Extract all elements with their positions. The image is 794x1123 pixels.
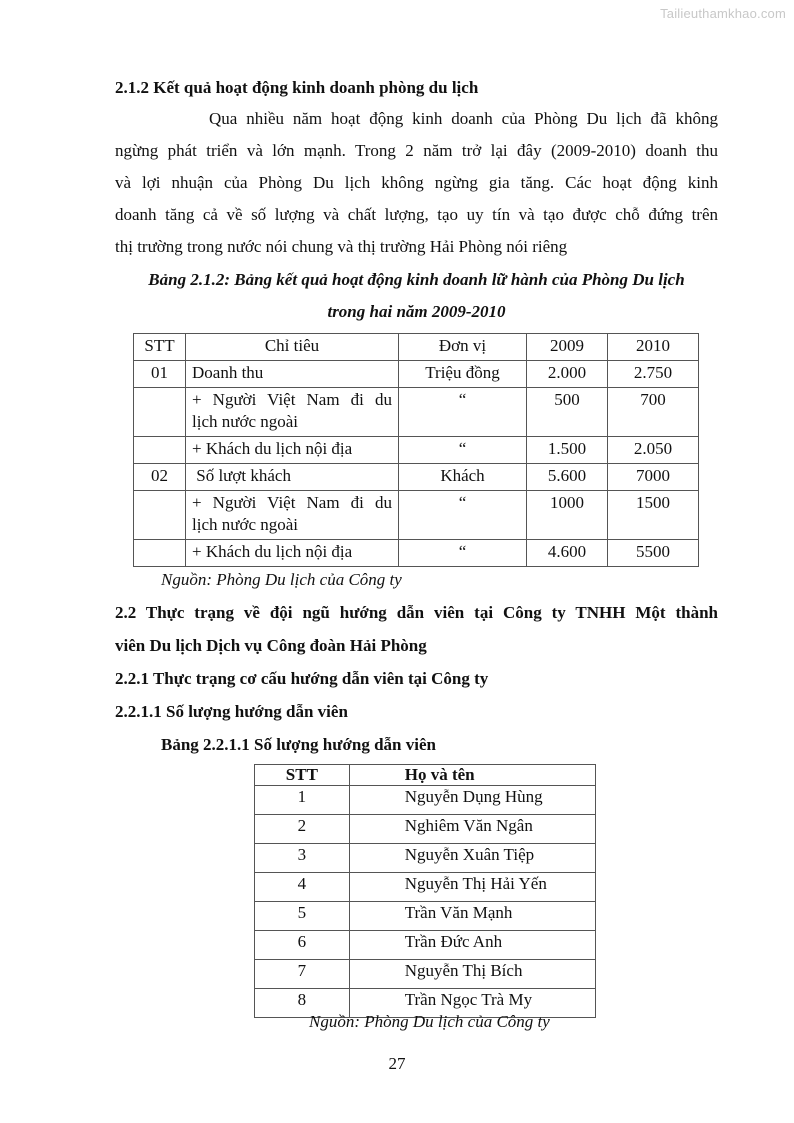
- cell-stt: 01: [134, 361, 186, 388]
- intro-paragraph: Qua nhiều năm hoạt động kinh doanh của P…: [115, 103, 718, 263]
- cell-stt: 3: [255, 844, 350, 873]
- paragraph-line: và lợi nhuận của Phòng Du lịch không ngừ…: [115, 167, 718, 199]
- cell-2010: 7000: [608, 464, 699, 491]
- table-row: + Người Việt Nam đi du lịch nước ngoài “…: [134, 491, 699, 540]
- table1-caption-line2: trong hai năm 2009-2010: [115, 296, 718, 328]
- table-row: 5 Trần Văn Mạnh: [255, 902, 596, 931]
- cell-stt: [134, 388, 186, 437]
- table-row: 4 Nguyễn Thị Hải Yến: [255, 873, 596, 902]
- cell-item: + Khách du lịch nội địa: [186, 437, 399, 464]
- cell-name: Nghiêm Văn Ngân: [349, 815, 595, 844]
- cell-name: Nguyễn Dụng Hùng: [349, 786, 595, 815]
- header-stt: STT: [255, 765, 350, 786]
- cell-stt: 4: [255, 873, 350, 902]
- cell-unit: “: [399, 388, 527, 437]
- section-heading-2-2-1: 2.2.1 Thực trạng cơ cấu hướng dẫn viên t…: [115, 669, 488, 689]
- cell-item-line2: lịch nước ngoài: [192, 515, 298, 534]
- table-row: + Người Việt Nam đi du lịch nước ngoài “…: [134, 388, 699, 437]
- cell-2010: 5500: [608, 540, 699, 567]
- cell-stt: 7: [255, 960, 350, 989]
- cell-2010: 700: [608, 388, 699, 437]
- cell-stt: 02: [134, 464, 186, 491]
- watermark: Tailieuthamkhao.com: [660, 6, 786, 21]
- cell-stt: 1: [255, 786, 350, 815]
- cell-stt: [134, 491, 186, 540]
- table2-source: Nguồn: Phòng Du lịch của Công ty: [309, 1012, 550, 1032]
- cell-item: + Người Việt Nam đi du lịch nước ngoài: [186, 388, 399, 437]
- header-2009: 2009: [527, 334, 608, 361]
- table-row: 3 Nguyễn Xuân Tiệp: [255, 844, 596, 873]
- header-stt: STT: [134, 334, 186, 361]
- table-row: + Khách du lịch nội địa “ 4.600 5500: [134, 540, 699, 567]
- cell-name: Nguyễn Thị Hải Yến: [349, 873, 595, 902]
- cell-name: Nguyễn Xuân Tiệp: [349, 844, 595, 873]
- header-2010: 2010: [608, 334, 699, 361]
- business-results-table: STT Chỉ tiêu Đơn vị 2009 2010 01 Doanh t…: [133, 333, 699, 567]
- table-row: 02 Số lượt khách Khách 5.600 7000: [134, 464, 699, 491]
- cell-name: Nguyễn Thị Bích: [349, 960, 595, 989]
- cell-item-line1: + Người Việt Nam đi du: [192, 389, 392, 411]
- paragraph-line: thị trường trong nước nói chung và thị t…: [115, 231, 718, 263]
- cell-2010: 1500: [608, 491, 699, 540]
- table2-caption: Bảng 2.2.1.1 Số lượng hướng dẫn viên: [161, 735, 436, 755]
- table1-caption-line1: Bảng 2.1.2: Bảng kết quả hoạt động kinh …: [115, 264, 718, 296]
- header-item: Chỉ tiêu: [186, 334, 399, 361]
- cell-item: + Khách du lịch nội địa: [186, 540, 399, 567]
- cell-item: Doanh thu: [186, 361, 399, 388]
- page-number: 27: [0, 1054, 794, 1074]
- section-heading-2-2-line1: 2.2 Thực trạng về đội ngũ hướng dẫn viên…: [115, 603, 718, 623]
- cell-name: Trần Đức Anh: [349, 931, 595, 960]
- cell-2009: 4.600: [527, 540, 608, 567]
- cell-unit: “: [399, 540, 527, 567]
- table-row: 6 Trần Đức Anh: [255, 931, 596, 960]
- cell-stt: 6: [255, 931, 350, 960]
- cell-2010: 2.750: [608, 361, 699, 388]
- section-heading-2-2-line2: viên Du lịch Dịch vụ Công đoàn Hải Phòng: [115, 636, 427, 656]
- table-row: + Khách du lịch nội địa “ 1.500 2.050: [134, 437, 699, 464]
- table-row: 7 Nguyễn Thị Bích: [255, 960, 596, 989]
- cell-unit: Khách: [399, 464, 527, 491]
- header-name: Họ và tên: [349, 765, 595, 786]
- cell-name: Trần Văn Mạnh: [349, 902, 595, 931]
- cell-unit: Triệu đồng: [399, 361, 527, 388]
- cell-2009: 2.000: [527, 361, 608, 388]
- table-row: 1 Nguyễn Dụng Hùng: [255, 786, 596, 815]
- paragraph-line: Qua nhiều năm hoạt động kinh doanh của P…: [115, 103, 718, 135]
- section-heading-2-1-2: 2.1.2 Kết quả hoạt động kinh doanh phòng…: [115, 78, 478, 98]
- section-heading-2-2-1-1: 2.2.1.1 Số lượng hướng dẫn viên: [115, 702, 348, 722]
- cell-stt: [134, 437, 186, 464]
- paragraph-line: ngừng phát triển và lớn mạnh. Trong 2 nă…: [115, 135, 718, 167]
- cell-2009: 1000: [527, 491, 608, 540]
- cell-2009: 1.500: [527, 437, 608, 464]
- guides-table: STT Họ và tên 1 Nguyễn Dụng Hùng 2 Nghiê…: [254, 764, 596, 1018]
- cell-stt: [134, 540, 186, 567]
- table-header-row: STT Chỉ tiêu Đơn vị 2009 2010: [134, 334, 699, 361]
- cell-2009: 500: [527, 388, 608, 437]
- table-row: 01 Doanh thu Triệu đồng 2.000 2.750: [134, 361, 699, 388]
- table-header-row: STT Họ và tên: [255, 765, 596, 786]
- table1-source: Nguồn: Phòng Du lịch của Công ty: [161, 570, 402, 590]
- cell-stt: 5: [255, 902, 350, 931]
- cell-item-line1: + Người Việt Nam đi du: [192, 492, 392, 514]
- cell-2009: 5.600: [527, 464, 608, 491]
- cell-unit: “: [399, 491, 527, 540]
- cell-item: + Người Việt Nam đi du lịch nước ngoài: [186, 491, 399, 540]
- cell-item-line2: lịch nước ngoài: [192, 412, 298, 431]
- cell-item: Số lượt khách: [186, 464, 399, 491]
- header-unit: Đơn vị: [399, 334, 527, 361]
- cell-stt: 2: [255, 815, 350, 844]
- cell-2010: 2.050: [608, 437, 699, 464]
- paragraph-line: doanh tăng cả về số lượng và chất lượng,…: [115, 199, 718, 231]
- table-row: 2 Nghiêm Văn Ngân: [255, 815, 596, 844]
- cell-unit: “: [399, 437, 527, 464]
